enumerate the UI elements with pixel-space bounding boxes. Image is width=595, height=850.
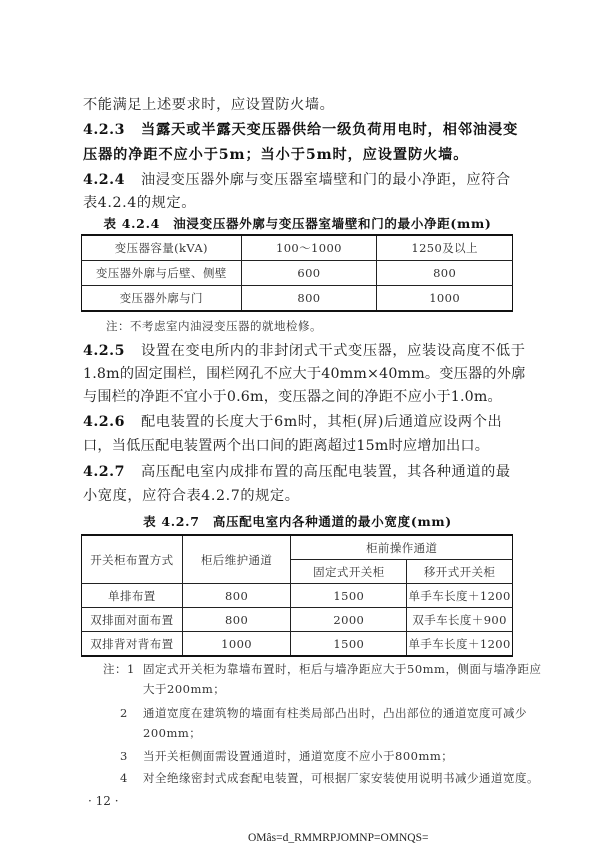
note-text: 当开关柜侧面需设置通道时，通道宽度不应小于800mm； (143, 748, 453, 764)
table-caption-4-2-7: 表 4.2.7 高压配电室内各种通道的最小宽度(mm) (0, 512, 595, 530)
header-cell: 变压器容量(kVA) (82, 235, 242, 261)
note-text: 大于200mm； (143, 681, 225, 697)
table-row: 变压器外廓与后壁、侧壁 600 800 (82, 261, 513, 286)
table-cell: 单手车长度＋1200 (407, 584, 513, 608)
clause-number: 4.2.5 (83, 341, 141, 361)
table-4-2-7: 开关柜布置方式 柜后维护通道 柜前操作通道 固定式开关柜 移开式开关柜 单排布置… (81, 534, 513, 657)
header-cell: 1250及以上 (377, 235, 513, 261)
text-line: 配电装置的长度大于6m时，其柜(屏)后通道应设两个出 (141, 414, 502, 430)
text-line: 与围栏的净距不宜小于0.6m，变压器之间的净距不应小于1.0m。 (83, 389, 502, 405)
table-cell: 1500 (291, 584, 407, 608)
clause-4-2-3-cont: 压器的净距不应小于5m；当小于5m时，应设置防火墙。 (83, 145, 515, 165)
clause-4-2-4-cont: 表4.2.4的规定。 (83, 193, 515, 213)
header-cell: 100～1000 (241, 235, 377, 261)
table-header-row: 变压器容量(kVA) 100～1000 1250及以上 (82, 235, 513, 261)
clause-4-2-6-cont: 口，当低压配电装置两个出口间的距离超过15m时应增加出口。 (83, 436, 515, 456)
table-caption-4-2-4: 表 4.2.4 油浸变压器外廓与变压器室墙壁和门的最小净距(mm) (0, 214, 595, 232)
table-cell: 双排面对面布置 (82, 608, 183, 632)
text-line: 口，当低压配电装置两个出口间的距离超过15m时应增加出口。 (83, 438, 489, 454)
text-line: 高压配电室内成排布置的高压配电装置，其各种通道的最 (141, 464, 511, 480)
text-line: 压器的净距不应小于5m；当小于5m时，应设置防火墙。 (83, 147, 468, 163)
note-text: 200mm； (143, 725, 201, 741)
table-cell: 变压器外廓与后壁、侧壁 (82, 261, 242, 286)
table-cell: 变压器外廓与门 (82, 286, 242, 312)
clause-4-2-6: 4.2.6配电装置的长度大于6m时，其柜(屏)后通道应设两个出 (83, 412, 515, 432)
table-row: 变压器外廓与门 800 1000 (82, 286, 513, 312)
table-cell: 1000 (182, 632, 291, 657)
header-cell: 固定式开关柜 (291, 560, 407, 584)
table-note: 注：不考虑室内油浸变压器的就地检修。 (106, 318, 322, 334)
note-label: 4 (120, 770, 128, 786)
clause-4-2-5: 4.2.5设置在变电所内的非封闭式干式变压器，应装设高度不低于 (83, 341, 515, 361)
clause-4-2-3: 4.2.3当露天或半露天变压器供给一级负荷用电时，相邻油浸变 (83, 120, 515, 140)
table-cell: 双排背对背布置 (82, 632, 183, 657)
table-cell: 单手车长度＋1200 (407, 632, 513, 657)
text-line: 1.8m的固定围栏，围栏网孔不应大于40mm×40mm。变压器的外廓 (83, 366, 526, 382)
table-header-row: 开关柜布置方式 柜后维护通道 柜前操作通道 (82, 535, 513, 560)
table-cell: 600 (241, 261, 377, 286)
clause-4-2-5-cont: 1.8m的固定围栏，围栏网孔不应大于40mm×40mm。变压器的外廓 (83, 364, 515, 384)
text-line: 小宽度，应符合表4.2.7的规定。 (83, 488, 300, 504)
table-cell: 2000 (291, 608, 407, 632)
text-line: 油浸变压器外廓与变压器室墙壁和门的最小净距，应符合 (141, 172, 511, 188)
note-text: 对全绝缘密封式成套配电装置，可根据厂家安装使用说明书减少通道宽度。 (143, 770, 539, 786)
note-label: 3 (120, 748, 128, 764)
clause-number: 4.2.3 (83, 120, 141, 140)
note-label: 2 (120, 705, 128, 721)
clause-4-2-4: 4.2.4油浸变压器外廓与变压器室墙壁和门的最小净距，应符合 (83, 170, 515, 190)
table-cell: 800 (182, 584, 291, 608)
page-number: · 12 · (88, 794, 119, 808)
text-line: 设置在变电所内的非封闭式干式变压器，应装设高度不低于 (141, 343, 525, 359)
table-cell: 1500 (291, 632, 407, 657)
footer-code: OMâs=d_RMMRPJOMNP=OMNQS= (248, 832, 429, 844)
note-text: 通道宽度在建筑物的墙面有柱类局部凸出时，凸出部位的通道宽度可减少 (143, 705, 527, 721)
table-cell: 双手车长度＋900 (407, 608, 513, 632)
table-row: 双排面对面布置 800 2000 双手车长度＋900 (82, 608, 513, 632)
paragraph-continuation: 不能满足上述要求时，应设置防火墙。 (83, 95, 515, 115)
table-row: 双排背对背布置 1000 1500 单手车长度＋1200 (82, 632, 513, 657)
clause-4-2-7-cont: 小宽度，应符合表4.2.7的规定。 (83, 486, 515, 506)
table-cell: 单排布置 (82, 584, 183, 608)
clause-4-2-5-cont: 与围栏的净距不宜小于0.6m，变压器之间的净距不应小于1.0m。 (83, 387, 515, 407)
header-cell: 柜后维护通道 (182, 535, 291, 584)
clause-number: 4.2.4 (83, 170, 141, 190)
clause-number: 4.2.7 (83, 462, 141, 482)
table-row: 单排布置 800 1500 单手车长度＋1200 (82, 584, 513, 608)
text-line: 表4.2.4的规定。 (83, 195, 196, 211)
table-cell: 800 (377, 261, 513, 286)
table-cell: 800 (182, 608, 291, 632)
table-4-2-4: 变压器容量(kVA) 100～1000 1250及以上 变压器外廓与后壁、侧壁 … (81, 234, 513, 312)
table-cell: 800 (241, 286, 377, 312)
header-group-cell: 柜前操作通道 (291, 535, 513, 560)
note-text: 固定式开关柜为靠墙布置时，柜后与墙净距应大于50mm，侧面与墙净距应 (143, 661, 541, 677)
note-label: 注：1 (103, 661, 135, 677)
text-line: 当露天或半露天变压器供给一级负荷用电时，相邻油浸变 (141, 122, 518, 138)
document-page: 不能满足上述要求时，应设置防火墙。 4.2.3当露天或半露天变压器供给一级负荷用… (0, 0, 595, 850)
clause-4-2-7: 4.2.7高压配电室内成排布置的高压配电装置，其各种通道的最 (83, 462, 515, 482)
clause-number: 4.2.6 (83, 412, 141, 432)
header-cell: 移开式开关柜 (407, 560, 513, 584)
table-cell: 1000 (377, 286, 513, 312)
text-line: 不能满足上述要求时，应设置防火墙。 (83, 97, 334, 113)
header-cell: 开关柜布置方式 (82, 535, 183, 584)
